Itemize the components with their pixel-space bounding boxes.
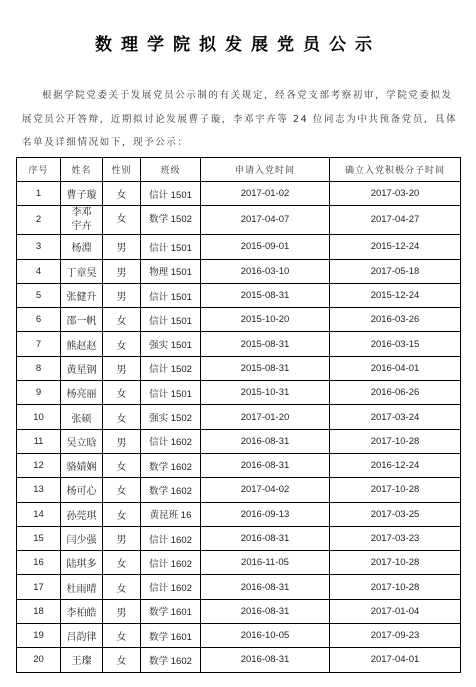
row-name: 王璨 — [61, 648, 103, 672]
row-class: 信计 1501 — [141, 235, 201, 259]
row-activist-date: 2017-10-28 — [330, 478, 461, 502]
row-class: 信计 1501 — [141, 182, 201, 206]
row-number: 7 — [17, 332, 61, 356]
table-row: 15闫少强男信计 16022016-08-312017-03-23 — [17, 526, 461, 550]
row-apply-date: 2017-04-07 — [201, 206, 330, 235]
row-class: 强实 1502 — [141, 405, 201, 429]
table-row: 13杨可心女数学 16022017-04-022017-10-28 — [17, 478, 461, 502]
row-class: 信计 1501 — [141, 308, 201, 332]
row-activist-date: 2015-12-24 — [330, 283, 461, 307]
row-class: 物理 1501 — [141, 259, 201, 283]
row-apply-date: 2016-08-31 — [201, 648, 330, 672]
row-apply-date: 2016-08-31 — [201, 429, 330, 453]
row-number: 12 — [17, 453, 61, 477]
row-gender: 女 — [103, 308, 141, 332]
table-row: 11吴立晗男信计 16022016-08-312017-10-28 — [17, 429, 461, 453]
row-activist-date: 2015-12-24 — [330, 235, 461, 259]
row-number: 6 — [17, 308, 61, 332]
row-gender: 男 — [103, 526, 141, 550]
header-no: 序号 — [17, 158, 61, 182]
table-row: 3杨淵男信计 15012015-09-012015-12-24 — [17, 235, 461, 259]
row-activist-date: 2017-10-28 — [330, 429, 461, 453]
row-activist-date: 2017-05-18 — [330, 259, 461, 283]
row-number: 8 — [17, 356, 61, 380]
row-number: 14 — [17, 502, 61, 526]
row-activist-date: 2017-01-04 — [330, 599, 461, 623]
row-name: 吕韵律 — [61, 624, 103, 648]
table-row: 20王璨女数学 16022016-08-312017-04-01 — [17, 648, 461, 672]
row-class: 信计 1502 — [141, 356, 201, 380]
table-row: 4丁章昊男物理 15012016-03-102017-05-18 — [17, 259, 461, 283]
table-row: 9杨亮丽女信计 15012015-10-312016-06-26 — [17, 381, 461, 405]
row-name: 吴立晗 — [61, 429, 103, 453]
row-class: 数学 1601 — [141, 624, 201, 648]
table-row: 17杜雨晴女信计 16022016-08-312017-10-28 — [17, 575, 461, 599]
row-gender: 女 — [103, 182, 141, 206]
header-class: 班级 — [141, 158, 201, 182]
row-apply-date: 2016-09-13 — [201, 502, 330, 526]
row-activist-date: 2016-03-26 — [330, 308, 461, 332]
row-gender: 女 — [103, 381, 141, 405]
row-name: 杜雨晴 — [61, 575, 103, 599]
table-row: 12骆婧娴女数学 16022016-08-312016-12-24 — [17, 453, 461, 477]
header-activist-date: 确立入党积极分子时间 — [330, 158, 461, 182]
row-apply-date: 2016-08-31 — [201, 599, 330, 623]
row-number: 20 — [17, 648, 61, 672]
row-class: 数学 1602 — [141, 453, 201, 477]
table-row: 19吕韵律女数学 16012016-10-052017-09-23 — [17, 624, 461, 648]
table-row: 5张健升男信计 15012015-08-312015-12-24 — [17, 283, 461, 307]
row-name: 曹子璇 — [61, 182, 103, 206]
row-number: 10 — [17, 405, 61, 429]
row-activist-date: 2017-03-23 — [330, 526, 461, 550]
row-gender: 男 — [103, 283, 141, 307]
row-number: 16 — [17, 551, 61, 575]
row-class: 黄昆班 16 — [141, 502, 201, 526]
row-number: 19 — [17, 624, 61, 648]
row-number: 1 — [17, 182, 61, 206]
row-gender: 男 — [103, 235, 141, 259]
row-apply-date: 2016-08-31 — [201, 526, 330, 550]
row-activist-date: 2017-03-25 — [330, 502, 461, 526]
row-gender: 女 — [103, 502, 141, 526]
row-name: 熊赵赵 — [61, 332, 103, 356]
row-gender: 女 — [103, 206, 141, 235]
row-gender: 女 — [103, 648, 141, 672]
page-title: 数理学院拟发展党员公示 — [0, 30, 476, 55]
intro-paragraph: 根据学院党委关于发展党员公示制的有关规定，经各党支部考察初审，学院党委拟发展党员… — [22, 84, 462, 155]
row-apply-date: 2016-03-10 — [201, 259, 330, 283]
row-activist-date: 2016-12-24 — [330, 453, 461, 477]
table-header-row: 序号 姓名 性别 班级 申请入党时间 确立入党积极分子时间 — [17, 158, 461, 182]
row-name: 骆婧娴 — [61, 453, 103, 477]
row-apply-date: 2015-10-31 — [201, 381, 330, 405]
row-class: 强实 1501 — [141, 332, 201, 356]
row-name: 杨亮丽 — [61, 381, 103, 405]
row-activist-date: 2017-03-24 — [330, 405, 461, 429]
row-name: 李邓宇卉 — [61, 206, 103, 235]
header-name: 姓名 — [61, 158, 103, 182]
table-row: 1曹子璇女信计 15012017-01-022017-03-20 — [17, 182, 461, 206]
row-number: 5 — [17, 283, 61, 307]
row-name: 邵一帆 — [61, 308, 103, 332]
row-name: 陆琪多 — [61, 551, 103, 575]
row-class: 数学 1601 — [141, 599, 201, 623]
row-apply-date: 2015-10-20 — [201, 308, 330, 332]
row-apply-date: 2017-04-02 — [201, 478, 330, 502]
row-class: 信计 1602 — [141, 526, 201, 550]
row-number: 18 — [17, 599, 61, 623]
row-gender: 女 — [103, 453, 141, 477]
row-class: 信计 1602 — [141, 575, 201, 599]
header-gender: 性别 — [103, 158, 141, 182]
row-class: 信计 1602 — [141, 429, 201, 453]
row-name: 李柏皓 — [61, 599, 103, 623]
row-apply-date: 2017-01-02 — [201, 182, 330, 206]
row-apply-date: 2016-10-05 — [201, 624, 330, 648]
header-apply-date: 申请入党时间 — [201, 158, 330, 182]
row-name: 黄星钢 — [61, 356, 103, 380]
row-number: 13 — [17, 478, 61, 502]
table-row: 2李邓宇卉女数学 15022017-04-072017-04-27 — [17, 206, 461, 235]
candidate-table: 序号 姓名 性别 班级 申请入党时间 确立入党积极分子时间 1曹子璇女信计 15… — [16, 157, 461, 673]
row-number: 3 — [17, 235, 61, 259]
table-row: 6邵一帆女信计 15012015-10-202016-03-26 — [17, 308, 461, 332]
row-gender: 男 — [103, 259, 141, 283]
row-apply-date: 2017-01-20 — [201, 405, 330, 429]
row-class: 数学 1602 — [141, 648, 201, 672]
row-activist-date: 2017-03-20 — [330, 182, 461, 206]
row-gender: 女 — [103, 551, 141, 575]
row-name: 丁章昊 — [61, 259, 103, 283]
row-gender: 女 — [103, 405, 141, 429]
row-gender: 男 — [103, 599, 141, 623]
intro-text: 根据学院党委关于发展党员公示制的有关规定，经各党支部考察初审，学院党委拟发展党员… — [22, 90, 457, 148]
table-row: 18李柏皓男数学 16012016-08-312017-01-04 — [17, 599, 461, 623]
row-name: 张健升 — [61, 283, 103, 307]
row-class: 数学 1502 — [141, 206, 201, 235]
table-row: 16陆琪多女信计 16022016-11-052017-10-28 — [17, 551, 461, 575]
row-apply-date: 2016-11-05 — [201, 551, 330, 575]
row-number: 15 — [17, 526, 61, 550]
row-activist-date: 2016-04-01 — [330, 356, 461, 380]
row-name: 孙莞琪 — [61, 502, 103, 526]
row-number: 4 — [17, 259, 61, 283]
row-name: 张硕 — [61, 405, 103, 429]
row-apply-date: 2015-09-01 — [201, 235, 330, 259]
row-class: 数学 1602 — [141, 478, 201, 502]
row-number: 17 — [17, 575, 61, 599]
row-gender: 女 — [103, 332, 141, 356]
row-activist-date: 2017-09-23 — [330, 624, 461, 648]
row-number: 9 — [17, 381, 61, 405]
row-activist-date: 2017-10-28 — [330, 575, 461, 599]
row-apply-date: 2015-08-31 — [201, 283, 330, 307]
row-gender: 男 — [103, 429, 141, 453]
row-activist-date: 2017-04-01 — [330, 648, 461, 672]
table-row: 10张硕女强实 15022017-01-202017-03-24 — [17, 405, 461, 429]
row-name: 杨淵 — [61, 235, 103, 259]
row-apply-date: 2015-08-31 — [201, 356, 330, 380]
table-row: 7熊赵赵女强实 15012015-08-312016-03-15 — [17, 332, 461, 356]
row-name: 杨可心 — [61, 478, 103, 502]
row-activist-date: 2017-04-27 — [330, 206, 461, 235]
table-row: 8黄星钢男信计 15022015-08-312016-04-01 — [17, 356, 461, 380]
row-number: 2 — [17, 206, 61, 235]
row-apply-date: 2016-08-31 — [201, 575, 330, 599]
row-apply-date: 2016-08-31 — [201, 453, 330, 477]
row-activist-date: 2016-03-15 — [330, 332, 461, 356]
table-row: 14孙莞琪女黄昆班 162016-09-132017-03-25 — [17, 502, 461, 526]
row-gender: 女 — [103, 624, 141, 648]
row-class: 信计 1501 — [141, 381, 201, 405]
row-activist-date: 2016-06-26 — [330, 381, 461, 405]
row-name: 闫少强 — [61, 526, 103, 550]
row-gender: 女 — [103, 478, 141, 502]
row-gender: 女 — [103, 575, 141, 599]
row-apply-date: 2015-08-31 — [201, 332, 330, 356]
row-activist-date: 2017-10-28 — [330, 551, 461, 575]
row-class: 信计 1501 — [141, 283, 201, 307]
row-number: 11 — [17, 429, 61, 453]
row-class: 信计 1602 — [141, 551, 201, 575]
row-gender: 男 — [103, 356, 141, 380]
